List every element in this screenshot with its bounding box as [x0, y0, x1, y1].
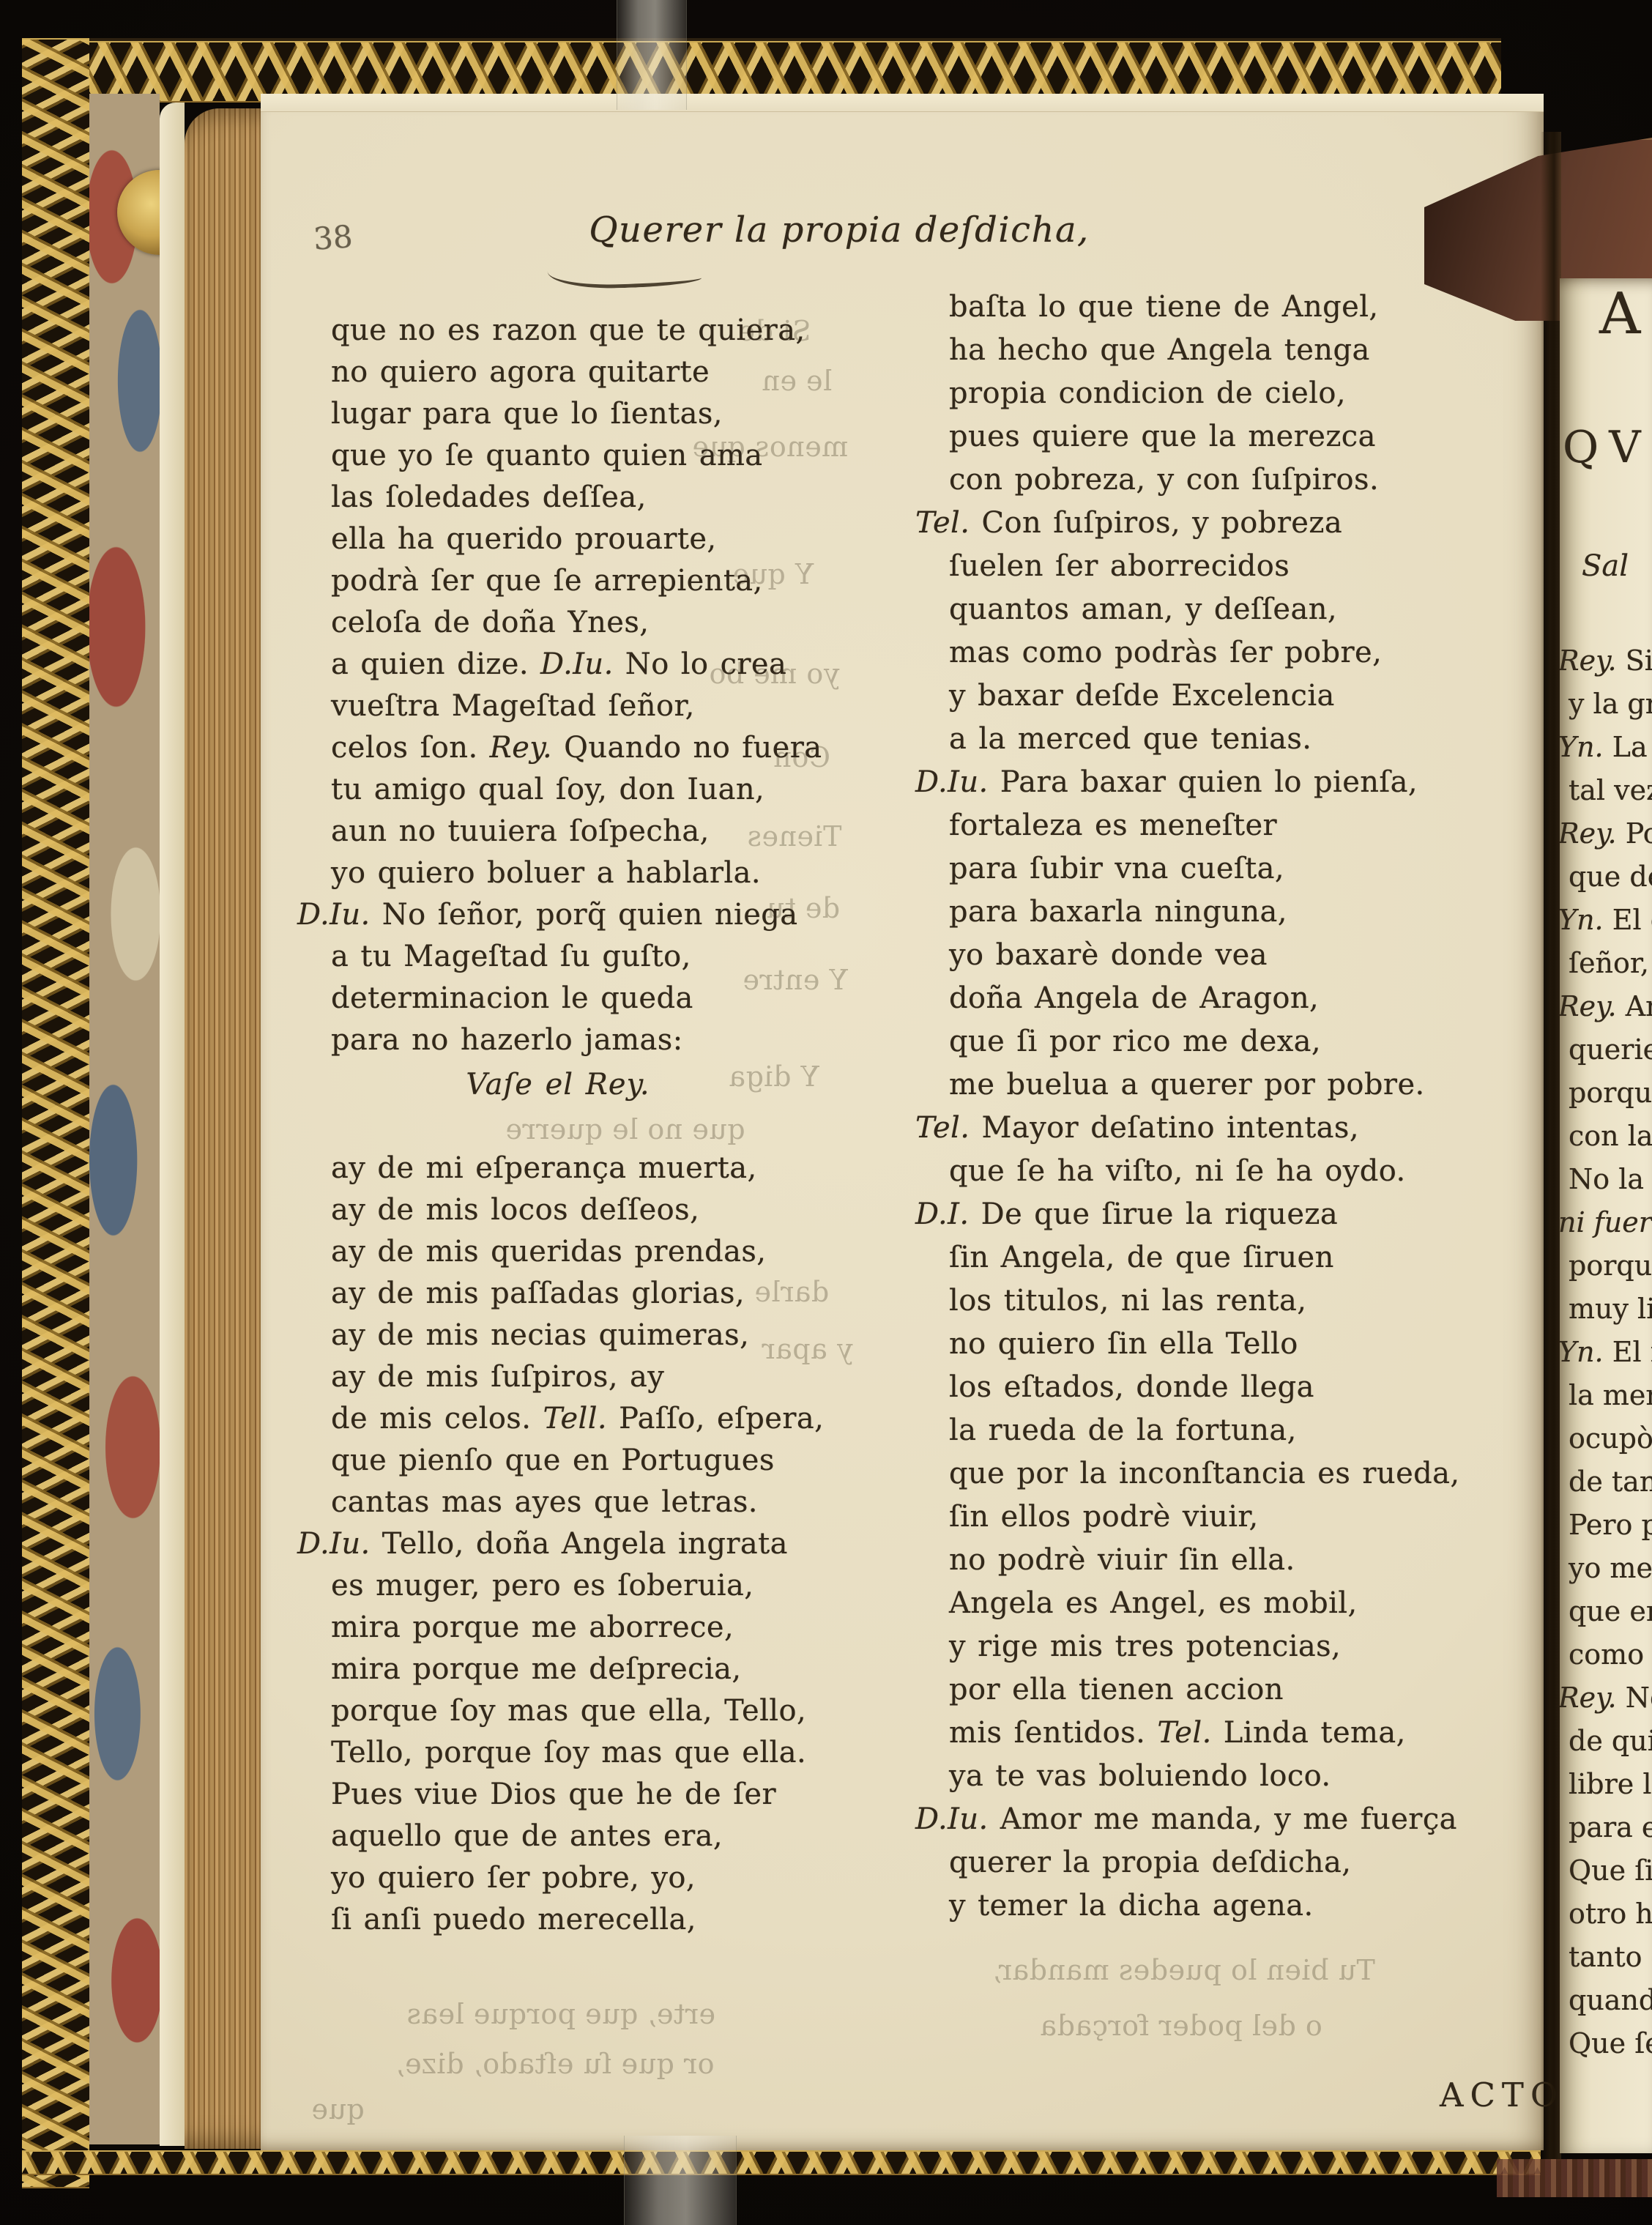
facing-page-text-line: muy lib [1569, 1293, 1652, 1325]
text-line: ay de mis queridas prendas, [331, 1235, 917, 1277]
facing-page-text-line: Yn. El no ſa [1560, 1336, 1652, 1368]
gilt-border-bottom [22, 2150, 1541, 2175]
text-line: Tello, porque ſoy mas que ella. [331, 1736, 917, 1778]
text-line: ay de mis paſſadas glorias, [331, 1277, 917, 1318]
text-line: D.Iu. Tello, doña Angela ingrata [297, 1527, 917, 1569]
text-line: celoſa de doña Ynes, [331, 606, 917, 647]
facing-page-text-line: la merc [1569, 1379, 1652, 1411]
text-line: con pobreza, y con ſuſpiros. [949, 463, 1564, 506]
text-line: vueſtra Mageſtad ſeñor, [331, 689, 917, 731]
facing-page-title-fragment: QVI [1563, 422, 1652, 473]
facing-page-text-line: para ent [1569, 1811, 1652, 1843]
show-through-fragment: Tu bien lo puedes mandar, [992, 1954, 1375, 1986]
facing-page-text-line: Rey. Ante [1560, 990, 1652, 1022]
conservation-strap-bottom [624, 2136, 737, 2225]
facing-page-text-line: con la [1569, 1120, 1652, 1152]
text-line: me buelua a querer por pobre. [949, 1068, 1564, 1111]
text-line: para no hazerlo jamas: [331, 1023, 917, 1065]
text-line: que pienſo que en Portugues [331, 1444, 917, 1485]
text-line: mis ſentidos. Tel. Linda tema, [949, 1716, 1564, 1759]
facing-page-text-line: que en e [1569, 1595, 1652, 1627]
text-line: yo baxarè donde vea [949, 938, 1564, 981]
text-line: que ſe ha viſto, ni ſe ha oydo. [949, 1154, 1564, 1197]
text-line: no quiero agora quitarte [331, 355, 917, 397]
gilt-border-top [22, 38, 1501, 103]
text-line: las ſoledades deſſea, [331, 480, 917, 522]
text-line: cantas mas ayes que letras. [331, 1485, 917, 1527]
binding-bottom-edge [1497, 2159, 1652, 2197]
facing-page-text-line: otro ho [1569, 1898, 1652, 1930]
facing-page-text-line: como er [1569, 1638, 1652, 1671]
text-line: celos ſon. Rey. Quando no fuera [331, 731, 917, 773]
text-line: ya te vas boluiendo loco. [949, 1759, 1564, 1802]
facing-page-text-line: Rey. Por [1560, 817, 1652, 850]
text-line: que no es razon que te quiera, [331, 313, 917, 355]
marbled-endpaper [89, 94, 160, 2144]
text-line: que por la inconſtancia es rueda, [949, 1457, 1564, 1500]
text-line: aun no tuuiera ſoſpecha, [331, 814, 917, 856]
text-line: yo quiero ſer pobre, yo, [331, 1861, 917, 1903]
text-line: podrà ſer que ſe arrepienta, [331, 564, 917, 606]
text-line: por ella tienen accion [949, 1673, 1564, 1716]
text-line: de mis celos. Tell. Paſſo, eſpera, [331, 1402, 917, 1444]
text-line: propia condicion de cielo, [949, 376, 1564, 420]
text-line: que ſi por rico me dexa, [949, 1025, 1564, 1068]
facing-page-text-line: ocupò e [1569, 1422, 1652, 1455]
facing-page-text-line: tal vez [1569, 774, 1652, 806]
text-line: ha hecho que Angela tenga [949, 333, 1564, 376]
facing-page-text-line: ni fuera [1560, 1206, 1652, 1238]
gilt-border-left [22, 38, 89, 2188]
facing-page-text-line: No la q [1569, 1163, 1652, 1195]
text-line: a la merced que tenias. [949, 722, 1564, 765]
facing-page-text-line: quando [1569, 1984, 1652, 2016]
text-line: para baxarla ninguna, [949, 895, 1564, 938]
text-line: ſin ellos podrè viuir, [949, 1500, 1564, 1543]
show-through-fragment: or que ſu eſtado, dize, [395, 2048, 715, 2080]
text-line: Angela es Angel, es mobil, [949, 1586, 1564, 1630]
text-line: ſi anſi puedo merecella, [331, 1903, 917, 1944]
facing-page-text-line: querien [1569, 1033, 1652, 1066]
open-book-photograph: erte, que porque leasor que ſu eſtado, d… [0, 0, 1652, 2225]
text-line: y baxar deſde Excelencia [949, 679, 1564, 722]
facing-page-text-line: porque [1569, 1077, 1652, 1109]
text-line: D.Iu. No ſeñor, porq̃ quien niega [297, 898, 917, 940]
facing-page-text-line: de quie [1569, 1725, 1652, 1757]
text-line: que yo ſe quanto quien ama [331, 439, 917, 480]
facing-page-text-line: Rey. Silen [1560, 645, 1652, 677]
facing-page-text-line: Que ſer [1569, 2027, 1652, 2059]
show-through-fragment: o del poder forçada [1040, 2010, 1322, 2042]
facing-page-text-line: Rey. No Y [1560, 1682, 1652, 1714]
text-line: ay de mis locos deſſeos, [331, 1193, 917, 1235]
text-line: la rueda de la fortuna, [949, 1414, 1564, 1457]
text-line: Vaſe el Rey. [331, 1065, 785, 1115]
facing-page-text-line: tanto oſ [1569, 1941, 1652, 1973]
facing-page-text-line: porque [1569, 1249, 1652, 1282]
facing-page-text-line: Yn. La in [1560, 731, 1652, 763]
text-line: ſin Angela, de que ſiruen [949, 1241, 1564, 1284]
text-column-left: que no es razon que te quiera,no quiero … [331, 313, 917, 1944]
text-line [331, 1115, 917, 1151]
facing-page-text-line: Que ſi e [1569, 1854, 1652, 1887]
text-line: D.Iu. Amor me manda, y me fuerça [915, 1802, 1564, 1846]
text-line: Pues viue Dios que he de ſer [331, 1778, 917, 1819]
facing-page-text-line: libre le [1569, 1768, 1652, 1800]
text-line: los titulos, ni las renta, [949, 1284, 1564, 1327]
text-line: para ſubir vna cueſta, [949, 852, 1564, 895]
text-line: a quien dize. D.Iu. No lo crea [331, 647, 917, 689]
book-page: erte, que porque leasor que ſu eſtado, d… [261, 94, 1544, 2150]
text-line: y rige mis tres potencias, [949, 1630, 1564, 1673]
text-line: mira porque me aborrece, [331, 1611, 917, 1652]
text-line: es muger, pero es ſoberuia, [331, 1569, 917, 1611]
facing-page-text-line: Yn. El cau [1560, 904, 1652, 936]
facing-page-initial: A [1599, 281, 1640, 347]
text-line: ſuelen ſer aborrecidos [949, 549, 1564, 593]
text-line: y temer la dicha agena. [949, 1889, 1564, 1932]
show-through-fragment: erte, que porque leas [406, 1998, 715, 2030]
text-line: mira porque me deſprecia, [331, 1652, 917, 1694]
text-line: quantos aman, y deſſean, [949, 593, 1564, 636]
facing-page-text-line: de tan r [1569, 1466, 1652, 1498]
text-line: lugar para que lo ſientas, [331, 397, 917, 439]
text-line: ay de mis necias quimeras, [331, 1318, 917, 1360]
show-through-fragment: que [311, 2093, 365, 2125]
page-block-fore-edge [185, 108, 261, 2149]
text-line: pues quiere que la merezca [949, 420, 1564, 463]
text-column-right: baſta lo que tiene de Angel,ha hecho que… [949, 290, 1564, 1932]
text-line: D.I. De que ſirue la riqueza [915, 1197, 1564, 1241]
facing-page-edge: A QVI Sal Rey. Sileny la grYn. La intal … [1560, 278, 1652, 2153]
text-line: mas como podràs ſer pobre, [949, 636, 1564, 679]
text-line: yo quiero boluer a hablarla. [331, 856, 917, 898]
text-line: no quiero ſin ella Tello [949, 1327, 1564, 1370]
facing-page-text-line: Pero pu [1569, 1509, 1652, 1541]
text-line: a tu Mageſtad ſu guſto, [331, 940, 917, 981]
text-line: ella ha querido prouarte, [331, 522, 917, 564]
text-line: no podrè viuir ſin ella. [949, 1543, 1564, 1586]
text-line: porque ſoy mas que ella, Tello, [331, 1694, 917, 1736]
text-line: ay de mis ſuſpiros, ay [331, 1360, 917, 1402]
text-line: los eſtados, donde llega [949, 1370, 1564, 1414]
text-line: ay de mi eſperança muerta, [331, 1151, 917, 1193]
text-line: Tel. Con ſuſpiros, y pobreza [915, 506, 1564, 549]
facing-page-text-line: ſeñor, l [1569, 947, 1652, 979]
facing-page-text-line: y la gr [1569, 688, 1652, 720]
text-line: doña Angela de Aragon, [949, 981, 1564, 1025]
gutter-shadow [1541, 132, 1561, 2161]
text-line: D.Iu. Para baxar quien lo pienſa, [915, 765, 1564, 809]
running-header: Querer la propia deſdicha, [305, 209, 1374, 250]
text-line: fortaleza es meneſter [949, 809, 1564, 852]
text-line: querer la propia deſdicha, [949, 1846, 1564, 1889]
facing-page-text-line: yo me f [1569, 1552, 1652, 1584]
page-edge-highlight [160, 103, 185, 2146]
conservation-strap-top [617, 0, 687, 110]
text-line: aquello que de antes era, [331, 1819, 917, 1861]
facing-page-stage-fragment: Sal [1582, 549, 1629, 583]
text-line: determinacion le queda [331, 981, 917, 1023]
text-line: Tel. Mayor deſatino intentas, [915, 1111, 1564, 1154]
text-line: tu amigo qual ſoy, don Iuan, [331, 773, 917, 814]
facing-page-text-line: que de [1569, 861, 1652, 893]
